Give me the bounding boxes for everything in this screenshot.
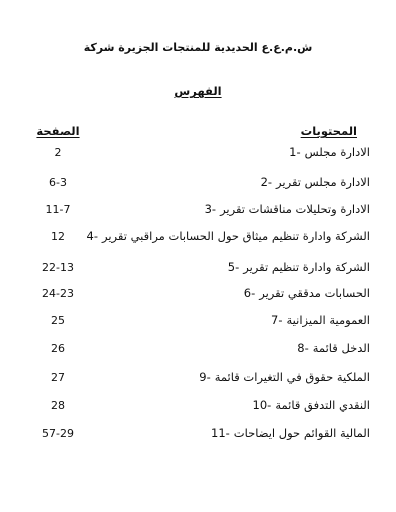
toc-row: 11-7 3-تقرير‎ مناقشات‎ وتحليلات‎ الادارة…	[0, 202, 396, 218]
toc-item: 3-تقرير‎ مناقشات‎ وتحليلات‎ الادارة‎	[205, 202, 370, 217]
toc-item: 2-تقرير‎ مجلس‎ الادارة‎	[261, 175, 370, 190]
toc-item: 7-الميزانية‎ العمومية‎	[271, 313, 370, 328]
toc-page-number: 28	[18, 398, 98, 413]
toc-item: 4-تقرير‎ مراقبي‎ الحسابات‎ حول‎ ميثاق‎ ت…	[87, 229, 370, 244]
toc-item-number: 9-	[199, 370, 210, 384]
toc-contents-column-header: المحتويات	[301, 124, 357, 139]
toc-page-number: 24-23	[18, 286, 98, 301]
toc-item-label: تقرير‎ مجلس‎ الادارة‎	[276, 175, 370, 189]
toc-page-number: 57-29	[18, 426, 98, 441]
toc-item-label: قائمة‎ التغيرات‎ في‎ حقوق‎ الملكية‎	[215, 370, 370, 384]
toc-item: 8-قائمة‎ الدخل‎	[297, 341, 370, 356]
toc-item-label: تقرير‎ مراقبي‎ الحسابات‎ حول‎ ميثاق‎ تنظ…	[102, 229, 370, 243]
toc-item-number: 11-	[211, 426, 230, 440]
toc-row: 28 10-قائمة‎ التدفق‎ النقدي‎	[0, 398, 396, 414]
toc-page-number: 26	[18, 341, 98, 356]
toc-item-number: 10-	[253, 398, 272, 412]
toc-item-number: 1-	[289, 145, 300, 159]
toc-item-number: 5-	[228, 260, 239, 274]
toc-item-number: 2-	[261, 175, 272, 189]
toc-item: 9-قائمة‎ التغيرات‎ في‎ حقوق‎ الملكية‎	[199, 370, 370, 385]
toc-row: 22-13 5-تقرير‎ تنظيم‎ وادارة‎ الشركة‎	[0, 260, 396, 276]
toc-item-label: قائمة‎ التدفق‎ النقدي‎	[275, 398, 370, 412]
toc-row: 57-29 11-ايضاحات‎ حول‎ القوائم‎ المالية‎	[0, 426, 396, 442]
toc-item-number: 6-	[244, 286, 255, 300]
toc-item-label: تقرير‎ مدققي‎ الحسابات‎	[259, 286, 370, 300]
toc-row: 25 7-الميزانية‎ العمومية‎	[0, 313, 396, 329]
toc-item-number: 4-	[87, 229, 98, 243]
toc-header-row: الصفحة المحتويات	[0, 124, 396, 140]
toc-item: 10-قائمة‎ التدفق‎ النقدي‎	[253, 398, 370, 413]
toc-item: 6-تقرير‎ مدققي‎ الحسابات‎	[244, 286, 370, 301]
toc-page-number: 11-7	[18, 202, 98, 217]
toc-item-number: 7-	[271, 313, 282, 327]
toc-item-label: مجلس‎ الادارة‎	[305, 145, 370, 159]
toc-item: 5-تقرير‎ تنظيم‎ وادارة‎ الشركة‎	[228, 260, 370, 275]
toc-item-label: تقرير‎ مناقشات‎ وتحليلات‎ الادارة‎	[220, 202, 370, 216]
toc-item-label: تقرير‎ تنظيم‎ وادارة‎ الشركة‎	[243, 260, 370, 274]
toc-page-number: 27	[18, 370, 98, 385]
toc-page-number: 2	[18, 145, 98, 160]
toc-row: 27 9-قائمة‎ التغيرات‎ في‎ حقوق‎ الملكية‎	[0, 370, 396, 386]
toc-page-number: 25	[18, 313, 98, 328]
toc-row: 12 4-تقرير‎ مراقبي‎ الحسابات‎ حول‎ ميثاق…	[0, 229, 396, 245]
toc-item: 1-مجلس‎ الادارة‎	[289, 145, 370, 160]
toc-item-number: 3-	[205, 202, 216, 216]
toc-row: 26 8-قائمة‎ الدخل‎	[0, 341, 396, 357]
toc-page-number: 6-3	[18, 175, 98, 190]
index-heading: الفهرس	[0, 84, 396, 99]
toc-page-number: 22-13	[18, 260, 98, 275]
toc-page-column-header: الصفحة	[18, 124, 98, 139]
toc-row: 2 1-مجلس‎ الادارة‎	[0, 145, 396, 161]
toc-item-number: 8-	[297, 341, 308, 355]
toc-row: 24-23 6-تقرير‎ مدققي‎ الحسابات‎	[0, 286, 396, 302]
toc-item: 11-ايضاحات‎ حول‎ القوائم‎ المالية‎	[211, 426, 370, 441]
toc-item-label: قائمة‎ الدخل‎	[313, 341, 370, 355]
toc-row: 6-3 2-تقرير‎ مجلس‎ الادارة‎	[0, 175, 396, 191]
toc-item-label: الميزانية‎ العمومية‎	[287, 313, 371, 327]
page-title: شركة‎ الجزيرة‎ للمنتجات‎ الحديدية‎ ش.م.ع…	[0, 40, 396, 55]
toc-item-label: ايضاحات‎ حول‎ القوائم‎ المالية‎	[234, 426, 370, 440]
